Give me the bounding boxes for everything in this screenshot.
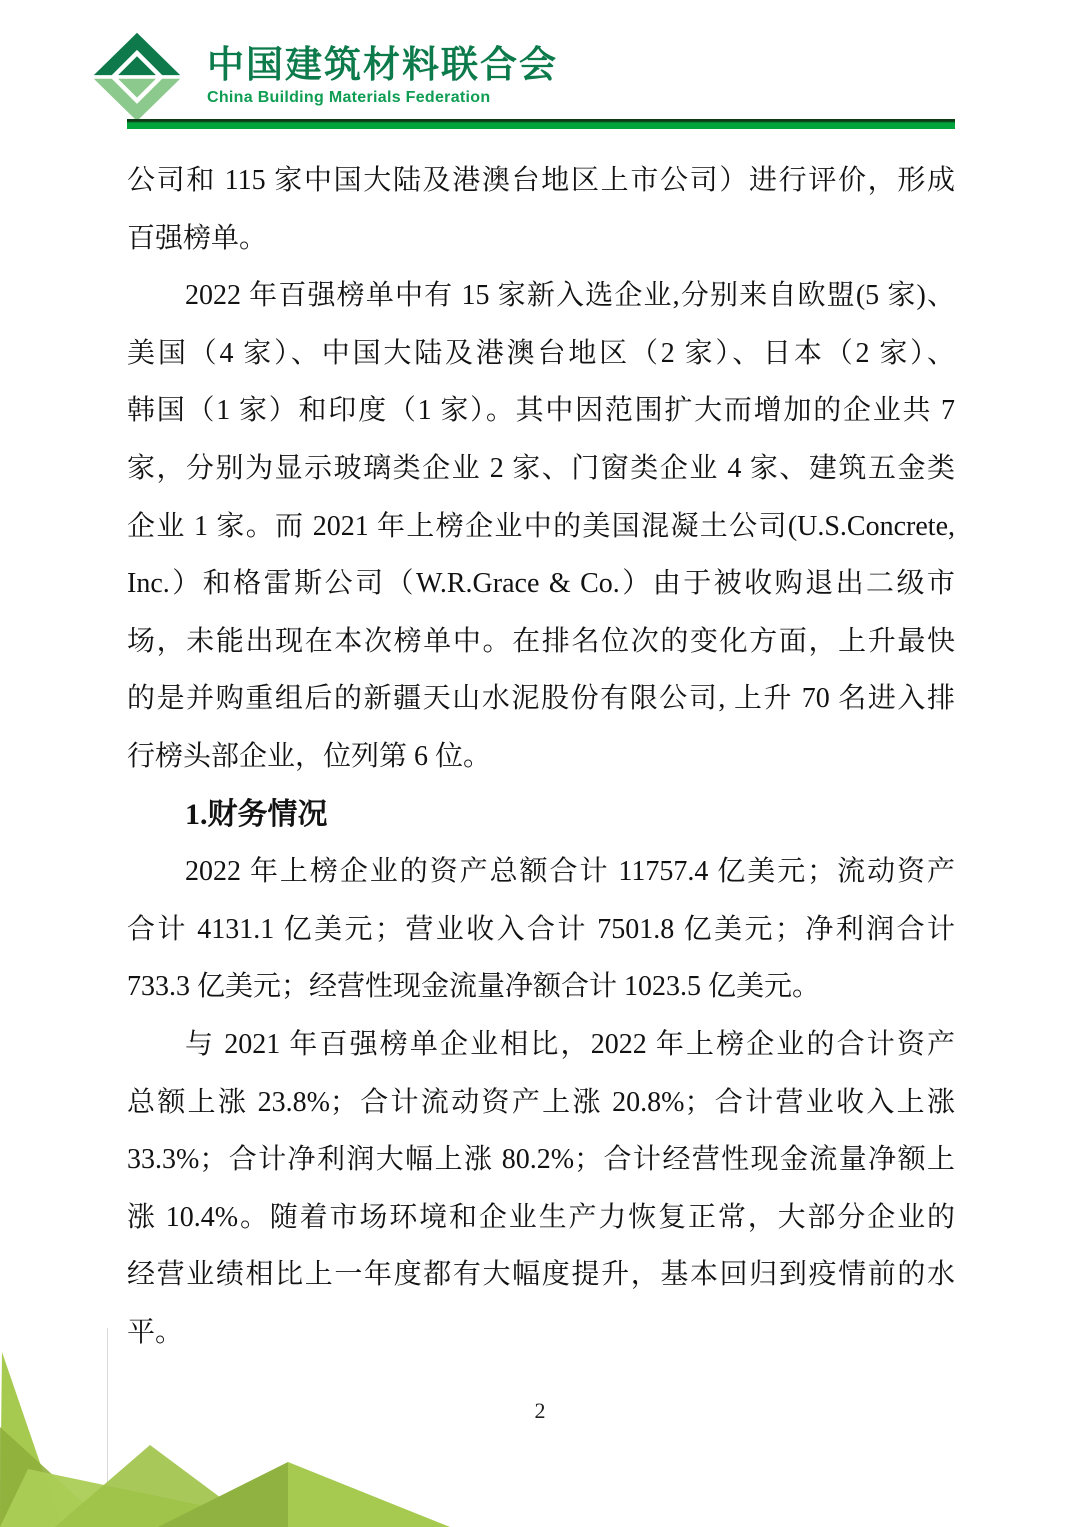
- text-line: 家，分别为显示玻璃类企业 2 家、门窗类企业 4 家、建筑五金类: [127, 440, 955, 498]
- document-page: 中国建筑材料联合会 China Building Materials Feder…: [0, 0, 1080, 1527]
- text-line: 与 2021 年百强榜单企业相比，2022 年上榜企业的合计资产: [127, 1016, 955, 1074]
- text-line: 合计 4131.1 亿美元；营业收入合计 7501.8 亿美元；净利润合计: [127, 901, 955, 959]
- text-line: 企业 1 家。而 2021 年上榜企业中的美国混凝土公司(U.S.Concret…: [127, 498, 955, 556]
- text-line: 美国（4 家）、中国大陆及港澳台地区（2 家）、日本（2 家）、: [127, 325, 955, 383]
- text-line: 场，未能出现在本次榜单中。在排名位次的变化方面，上升最快: [127, 613, 955, 671]
- text-line: 公司和 115 家中国大陆及港澳台地区上市公司）进行评价，形成: [127, 152, 955, 210]
- text-line: 33.3%；合计净利润大幅上涨 80.2%；合计经营性现金流量净额上: [127, 1131, 955, 1189]
- text-line: 2022 年上榜企业的资产总额合计 11757.4 亿美元；流动资产: [127, 843, 955, 901]
- text-line: 经营业绩相比上一年度都有大幅度提升，基本回归到疫情前的水: [127, 1246, 955, 1304]
- org-name-chinese: 中国建筑材料联合会: [207, 45, 558, 86]
- text-line: 涨 10.4%。随着市场环境和企业生产力恢复正常，大部分企业的: [127, 1189, 955, 1247]
- document-body: 公司和 115 家中国大陆及港澳台地区上市公司）进行评价，形成百强榜单。2022…: [127, 152, 955, 1361]
- corner-triangles-decoration: [0, 1327, 500, 1527]
- header-divider-rule: [127, 119, 955, 129]
- text-line: 2022 年百强榜单中有 15 家新入选企业,分别来自欧盟(5 家)、: [127, 267, 955, 325]
- logo-text: 中国建筑材料联合会 China Building Materials Feder…: [207, 45, 558, 108]
- text-line: 733.3 亿美元；经营性现金流量净额合计 1023.5 亿美元。: [127, 958, 955, 1016]
- org-name-english: China Building Materials Federation: [207, 89, 558, 107]
- header: 中国建筑材料联合会 China Building Materials Feder…: [85, 30, 558, 122]
- text-line: 的是并购重组后的新疆天山水泥股份有限公司, 上升 70 名进入排: [127, 670, 955, 728]
- text-line: 行榜头部企业，位列第 6 位。: [127, 728, 955, 786]
- cbmf-logo-icon: [85, 31, 189, 121]
- text-line: 总额上涨 23.8%；合计流动资产上涨 20.8%；合计营业收入上涨: [127, 1074, 955, 1132]
- text-line: Inc.）和格雷斯公司（W.R.Grace & Co.）由于被收购退出二级市: [127, 555, 955, 613]
- text-line: 韩国（1 家）和印度（1 家）。其中因范围扩大而增加的企业共 7: [127, 382, 955, 440]
- text-line: 百强榜单。: [127, 210, 955, 268]
- section-heading: 1.财务情况: [127, 786, 955, 844]
